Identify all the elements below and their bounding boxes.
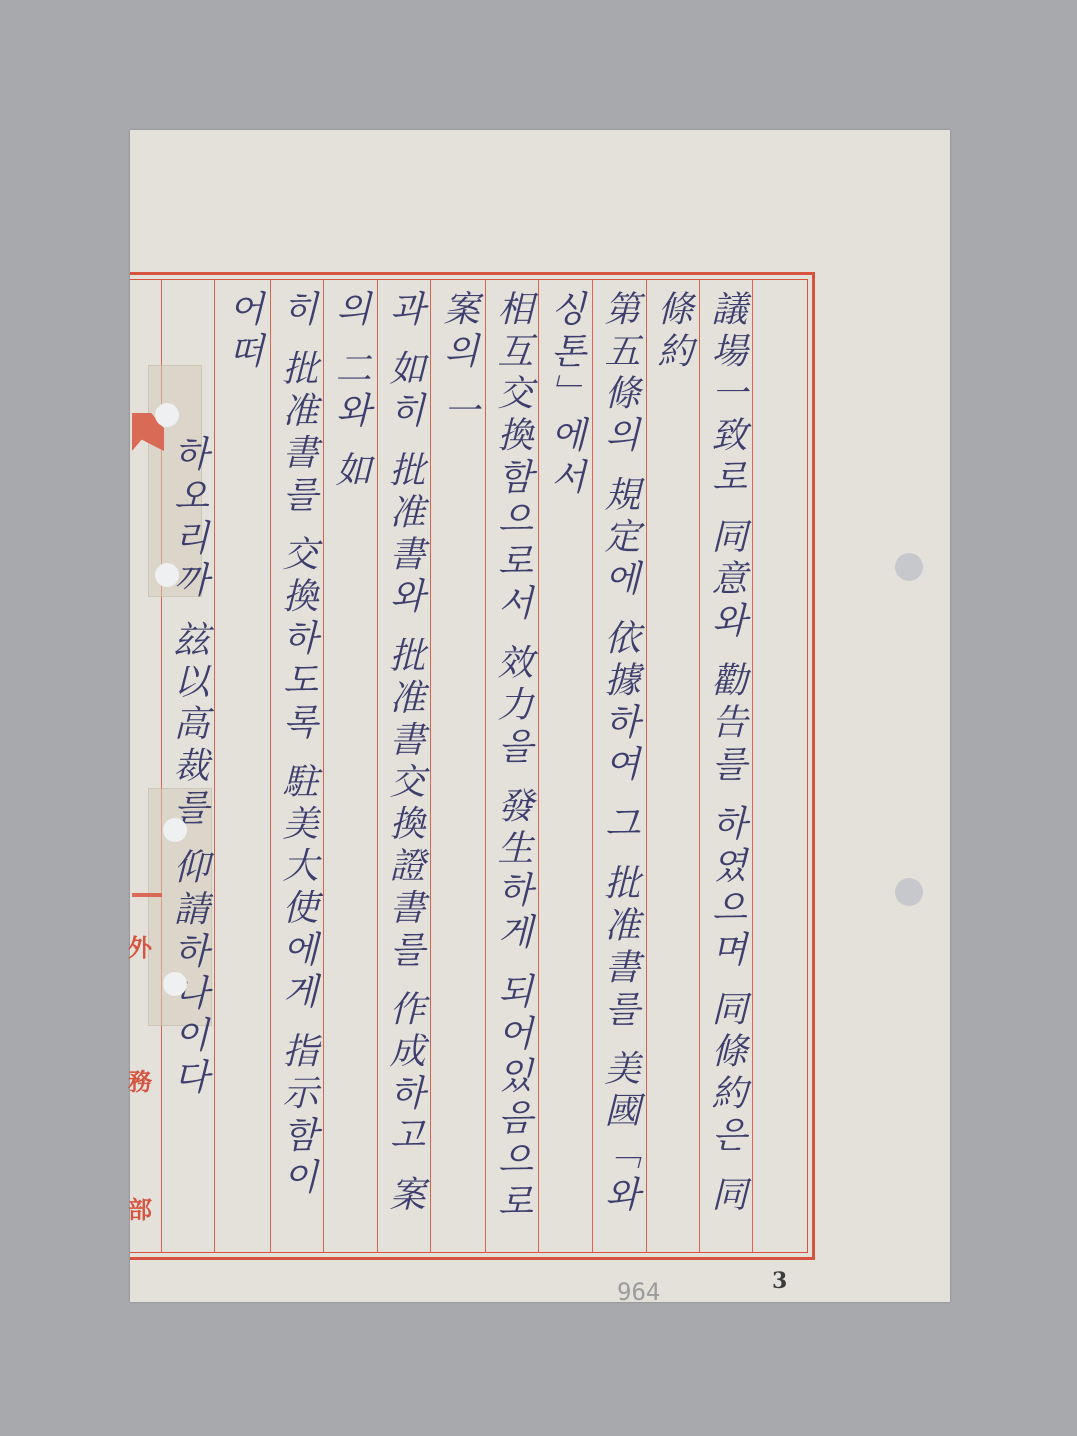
punch-hole-tape	[155, 563, 179, 587]
handwritten-column-4: 과 如히 批准書와 批准書交換證書를 作成하고 案의 二와 如	[377, 290, 431, 1245]
handwritten-column-1: 議場一致로 同意와 勸告를 하였으며 同條約은 同條約	[699, 290, 753, 1245]
punch-hole-tape	[163, 818, 187, 842]
side-print-char: 務	[128, 1062, 152, 1097]
side-print-char: 外	[128, 928, 152, 963]
handwritten-column-2: 第五條의 規定에 依據하여 그 批准書를 美國「와싱톤」에서	[592, 290, 646, 1245]
punch-hole-tape	[163, 972, 187, 996]
red-edge-mark	[132, 893, 162, 897]
archive-stamp-number: 964	[617, 1278, 660, 1306]
handwritten-column-5: 히 批准書를 交換하도록 駐美大使에게 指示함이 어떠	[270, 290, 324, 1245]
side-print-char: 部	[128, 1190, 152, 1225]
punch-hole	[895, 553, 923, 581]
punch-hole	[895, 878, 923, 906]
page-number: 3	[772, 1268, 787, 1294]
handwritten-column-6: 하오리까 玆以高裁를 仰請하나이다	[161, 290, 215, 1245]
handwritten-column-3: 相互交換함으로서 效力을 發生하게 되어있음으로 案의 一	[485, 290, 539, 1245]
punch-hole-tape	[155, 403, 179, 427]
